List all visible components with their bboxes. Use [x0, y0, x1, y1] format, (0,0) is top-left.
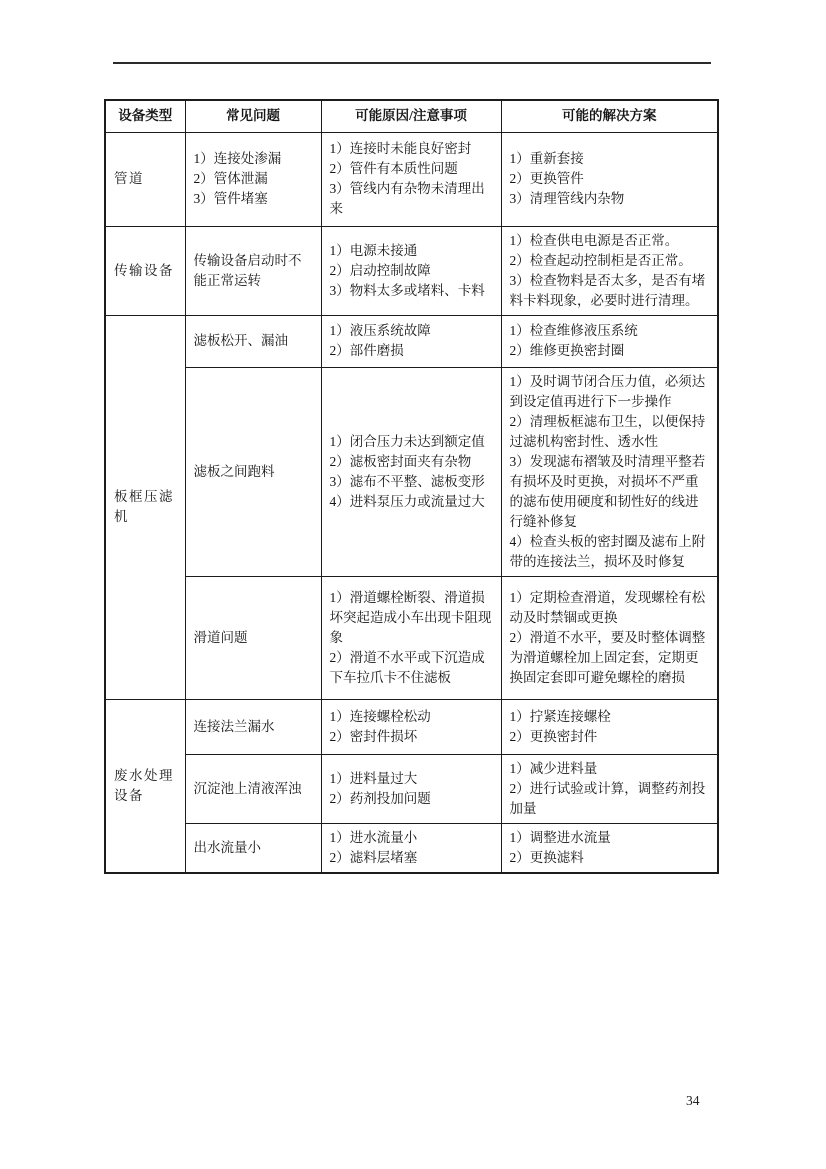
- causes-cell: 1）电源未接通2）启动控制故障3）物料太多或堵料、卡料: [321, 226, 501, 315]
- table-header-row: 设备类型 常见问题 可能原因/注意事项 可能的解决方案: [105, 100, 718, 132]
- equipment-cell-wastewater: 废水处理设备: [105, 699, 185, 873]
- page-number: 34: [686, 1093, 700, 1109]
- equipment-cell-conveyor: 传输设备: [105, 226, 185, 315]
- problems-cell: 沉淀池上清液浑浊: [185, 754, 321, 823]
- problems-cell: 滑道问题: [185, 576, 321, 699]
- solutions-cell: 1）减少进料量2）进行试验或计算，调整药剂投加量: [501, 754, 718, 823]
- problems-cell: 滤板松开、漏油: [185, 315, 321, 367]
- solutions-cell: 1）调整进水流量2）更换滤料: [501, 823, 718, 873]
- causes-cell: 1）进水流量小2）滤料层堵塞: [321, 823, 501, 873]
- table-row-conveyor: 传输设备 传输设备启动时不能正常运转 1）电源未接通2）启动控制故障3）物料太多…: [105, 226, 718, 315]
- solutions-cell: 1）拧紧连接螺栓2）更换密封件: [501, 699, 718, 754]
- table-row-filterpress-3: 滑道问题 1）滑道螺栓断裂、滑道损坏突起造成小车出现卡阻现象2）滑道不水平或下沉…: [105, 576, 718, 699]
- table-row-filterpress-1: 板框压滤机 滤板松开、漏油 1）液压系统故障2）部件磨损 1）检查维修液压系统2…: [105, 315, 718, 367]
- problems-cell: 出水流量小: [185, 823, 321, 873]
- causes-cell: 1）闭合压力未达到额定值2）滤板密封面夹有杂物3）滤布不平整、滤板变形4）进料泵…: [321, 367, 501, 576]
- column-header-possible-causes: 可能原因/注意事项: [321, 100, 501, 132]
- column-header-possible-solutions: 可能的解决方案: [501, 100, 718, 132]
- solutions-cell: 1）及时调节闭合压力值，必须达到设定值再进行下一步操作2）清理板框滤布卫生，以便…: [501, 367, 718, 576]
- solutions-cell: 1）检查维修液压系统2）维修更换密封圈: [501, 315, 718, 367]
- table-row-pipeline: 管道 1）连接处渗漏2）管体泄漏3）管件堵塞 1）连接时未能良好密封2）管件有本…: [105, 132, 718, 226]
- page-header-rule: [113, 62, 711, 64]
- equipment-cell-filter-press: 板框压滤机: [105, 315, 185, 699]
- table-row-filterpress-2: 滤板之间跑料 1）闭合压力未达到额定值2）滤板密封面夹有杂物3）滤布不平整、滤板…: [105, 367, 718, 576]
- table-row-wastewater-3: 出水流量小 1）进水流量小2）滤料层堵塞 1）调整进水流量2）更换滤料: [105, 823, 718, 873]
- equipment-troubleshooting-table: 设备类型 常见问题 可能原因/注意事项 可能的解决方案 管道 1）连接处渗漏2）…: [104, 99, 719, 874]
- equipment-cell-pipeline: 管道: [105, 132, 185, 226]
- solutions-cell: 1）重新套接2）更换管件3）清理管线内杂物: [501, 132, 718, 226]
- causes-cell: 1）液压系统故障2）部件磨损: [321, 315, 501, 367]
- problems-cell: 滤板之间跑料: [185, 367, 321, 576]
- table-row-wastewater-2: 沉淀池上清液浑浊 1）进料量过大2）药剂投加问题 1）减少进料量2）进行试验或计…: [105, 754, 718, 823]
- column-header-equipment-type: 设备类型: [105, 100, 185, 132]
- table-row-wastewater-1: 废水处理设备 连接法兰漏水 1）连接螺栓松动2）密封件损坏 1）拧紧连接螺栓2）…: [105, 699, 718, 754]
- problems-cell: 传输设备启动时不能正常运转: [185, 226, 321, 315]
- solutions-cell: 1）定期检查滑道，发现螺栓有松动及时禁锢或更换2）滑道不水平，要及时整体调整为滑…: [501, 576, 718, 699]
- causes-cell: 1）连接时未能良好密封2）管件有本质性问题3）管线内有杂物未清理出来: [321, 132, 501, 226]
- causes-cell: 1）滑道螺栓断裂、滑道损坏突起造成小车出现卡阻现象2）滑道不水平或下沉造成下车拉…: [321, 576, 501, 699]
- causes-cell: 1）连接螺栓松动2）密封件损坏: [321, 699, 501, 754]
- causes-cell: 1）进料量过大2）药剂投加问题: [321, 754, 501, 823]
- problems-cell: 1）连接处渗漏2）管体泄漏3）管件堵塞: [185, 132, 321, 226]
- solutions-cell: 1）检查供电电源是否正常。2）检查起动控制柜是否正常。3）检查物料是否太多，是否…: [501, 226, 718, 315]
- problems-cell: 连接法兰漏水: [185, 699, 321, 754]
- column-header-common-problems: 常见问题: [185, 100, 321, 132]
